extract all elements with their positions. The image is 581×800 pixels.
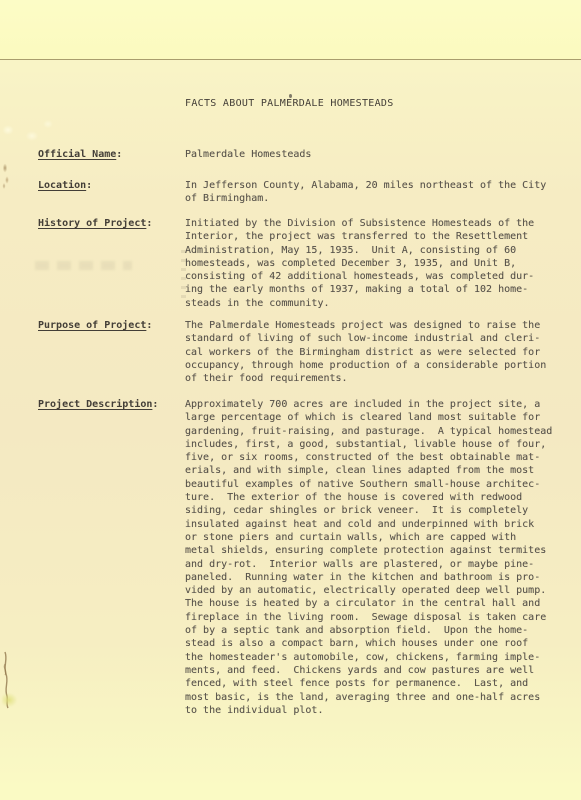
stray-typed-mark	[289, 94, 292, 98]
label-colon: :	[152, 399, 158, 410]
page-top-edge	[0, 0, 581, 60]
purpose-label: Purpose of Project:	[38, 319, 152, 332]
history-text: Initiated by the Division of Subsistence…	[185, 217, 557, 310]
description-label: Project Description:	[38, 398, 158, 411]
label-colon: :	[86, 180, 92, 191]
purpose-text: The Palmerdale Homesteads project was de…	[185, 319, 557, 385]
location-text: In Jefferson County, Alabama, 20 miles n…	[185, 179, 557, 206]
description-text: Approximately 700 acres are included in …	[185, 398, 557, 717]
staple-hole-artifact	[0, 116, 62, 154]
ink-speck-artifact	[181, 250, 186, 302]
document-title: FACTS ABOUT PALMERDALE HOMESTEADS	[185, 97, 394, 110]
history-label: History of Project:	[38, 217, 152, 230]
label-colon: :	[146, 320, 152, 331]
label-text: Location	[38, 180, 86, 191]
label-colon: :	[146, 218, 152, 229]
rust-stain-artifact	[1, 160, 10, 190]
label-colon: :	[116, 149, 122, 160]
label-text: Purpose of Project	[38, 320, 146, 331]
ghost-text-artifact	[35, 261, 132, 270]
label-text: History of Project	[38, 218, 146, 229]
official-name-text: Palmerdale Homesteads	[185, 148, 557, 161]
label-text: Project Description	[38, 399, 152, 410]
scanned-document-page: { "colors": { "paper": "#f5ebc2", "paper…	[0, 0, 581, 800]
paper-stain-artifact	[2, 693, 17, 707]
location-label: Location:	[38, 179, 92, 192]
